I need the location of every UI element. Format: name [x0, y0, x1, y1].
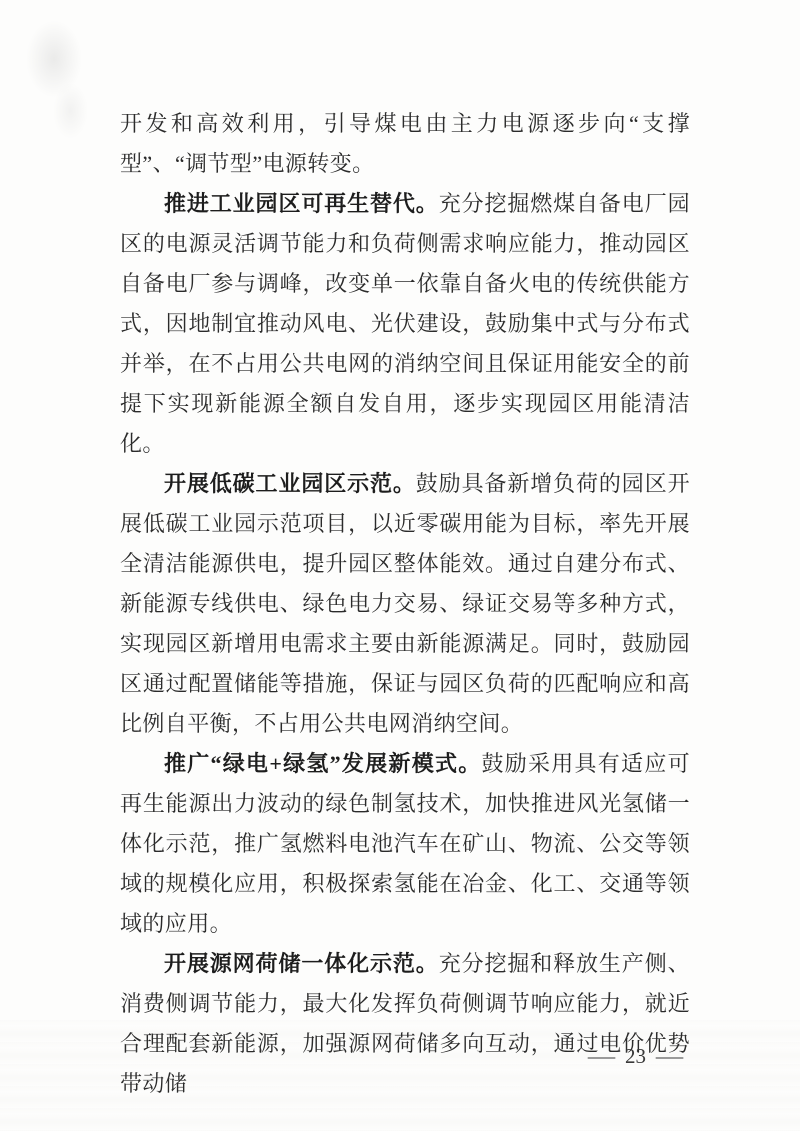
paragraph-text: 开发和高效利用，引导煤电由主力电源逐步向“支撑型”、“调节型”电源转变。 [120, 111, 690, 176]
document-body: 开发和高效利用，引导煤电由主力电源逐步向“支撑型”、“调节型”电源转变。 推进工… [120, 104, 690, 1104]
paragraph-text: 鼓励具备新增负荷的园区开展低碳工业园示范项目，以近零碳用能为目标，率先开展全清洁… [120, 471, 690, 736]
paragraph-lead: 开展源网荷储一体化示范。 [164, 951, 439, 976]
footer-dash-left: — [588, 1042, 615, 1070]
footer-dash-right: — [656, 1042, 683, 1070]
paragraph-green-power-hydrogen: 推广“绿电+绿氢”发展新模式。鼓励采用具有适应可再生能源出力波动的绿色制氢技术，… [120, 744, 690, 944]
paragraph-source-grid-load-storage: 开展源网荷储一体化示范。充分挖掘和释放生产侧、消费侧调节能力，最大化发挥负荷侧调… [120, 944, 690, 1104]
paragraph-text: 鼓励采用具有适应可再生能源出力波动的绿色制氢技术，加快推进风光氢储一体化示范，推… [120, 751, 690, 936]
paragraph-text: 充分挖掘燃煤自备电厂园区的电源灵活调节能力和负荷侧需求响应能力，推动园区自备电厂… [120, 191, 690, 456]
paragraph-lead: 推进工业园区可再生替代。 [164, 191, 439, 216]
scan-smudge-artifact [10, 20, 120, 150]
paragraph-industrial-park-renewable: 推进工业园区可再生替代。充分挖掘燃煤自备电厂园区的电源灵活调节能力和负荷侧需求响… [120, 184, 690, 464]
page-footer: — 23 — [591, 1042, 680, 1070]
document-page: 开发和高效利用，引导煤电由主力电源逐步向“支撑型”、“调节型”电源转变。 推进工… [0, 0, 800, 1131]
paragraph-lead: 推广“绿电+绿氢”发展新模式。 [164, 751, 481, 776]
page-number: 23 [625, 1042, 646, 1070]
paragraph-continuation: 开发和高效利用，引导煤电由主力电源逐步向“支撑型”、“调节型”电源转变。 [120, 104, 690, 184]
paragraph-lead: 开展低碳工业园区示范。 [164, 471, 416, 496]
paragraph-low-carbon-park-demo: 开展低碳工业园区示范。鼓励具备新增负荷的园区开展低碳工业园示范项目，以近零碳用能… [120, 464, 690, 744]
